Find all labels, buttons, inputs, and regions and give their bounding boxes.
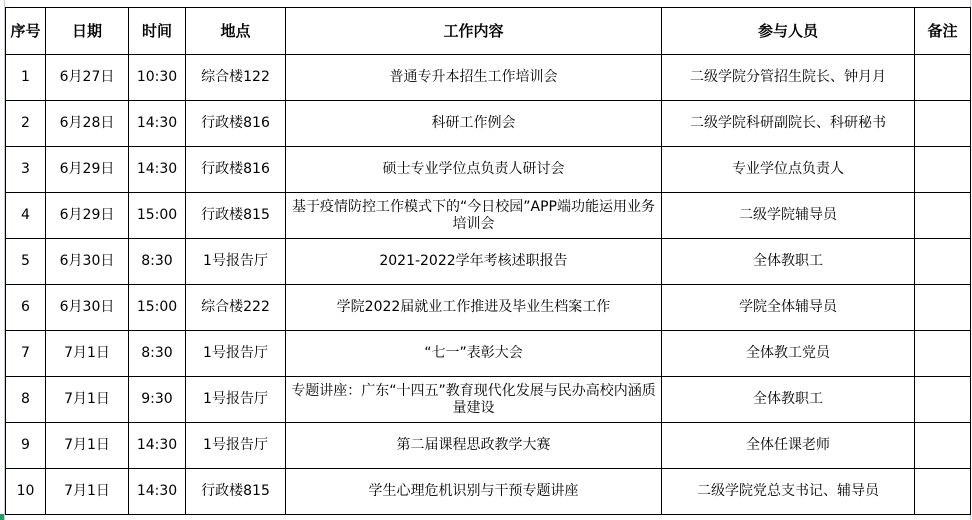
cell-no[interactable]: 5 xyxy=(6,239,46,285)
cell-time[interactable]: 14:30 xyxy=(129,147,186,193)
cell-no[interactable]: 7 xyxy=(6,331,46,377)
cell-time[interactable]: 9:30 xyxy=(129,377,186,423)
cell-participants[interactable]: 二级学院辅导员 xyxy=(662,193,915,239)
cell-content[interactable]: 专题讲座：广东“十四五”教育现代化发展与民办高校内涵质量建设 xyxy=(286,377,662,423)
table-row: 6 6月30日 15:00 综合楼222 学院2022届就业工作推进及毕业生档案… xyxy=(6,285,971,331)
cell-note[interactable] xyxy=(915,285,971,331)
cell-place[interactable]: 1号报告厅 xyxy=(186,331,286,377)
cell-date[interactable]: 7月1日 xyxy=(46,331,129,377)
header-no[interactable]: 序号 xyxy=(6,8,46,55)
cell-date[interactable]: 7月1日 xyxy=(46,469,129,515)
cell-note[interactable] xyxy=(915,101,971,147)
cell-no[interactable]: 8 xyxy=(6,377,46,423)
cell-note[interactable] xyxy=(915,377,971,423)
table-row: 4 6月29日 15:00 行政楼815 基于疫情防控工作模式下的“今日校园”A… xyxy=(6,193,971,239)
cell-participants[interactable]: 全体教职工 xyxy=(662,239,915,285)
cell-time[interactable]: 8:30 xyxy=(129,331,186,377)
cell-date[interactable]: 7月1日 xyxy=(46,377,129,423)
table-row: 1 6月27日 10:30 综合楼122 普通专升本招生工作培训会 二级学院分管… xyxy=(6,55,971,101)
cell-participants[interactable]: 全体任课老师 xyxy=(662,423,915,469)
header-content[interactable]: 工作内容 xyxy=(286,8,662,55)
cell-content[interactable]: 科研工作例会 xyxy=(286,101,662,147)
table-row: 5 6月30日 8:30 1号报告厅 2021-2022学年考核述职报告 全体教… xyxy=(6,239,971,285)
cell-content[interactable]: “七一”表彰大会 xyxy=(286,331,662,377)
cell-selection-marker xyxy=(0,514,4,520)
cell-content[interactable]: 学院2022届就业工作推进及毕业生档案工作 xyxy=(286,285,662,331)
cell-date[interactable]: 6月27日 xyxy=(46,55,129,101)
cell-place[interactable]: 1号报告厅 xyxy=(186,239,286,285)
cell-time[interactable]: 10:30 xyxy=(129,55,186,101)
cell-content[interactable]: 普通专升本招生工作培训会 xyxy=(286,55,662,101)
cell-content[interactable]: 学生心理危机识别与干预专题讲座 xyxy=(286,469,662,515)
table-row: 2 6月28日 14:30 行政楼816 科研工作例会 二级学院科研副院长、科研… xyxy=(6,101,971,147)
cell-place[interactable]: 1号报告厅 xyxy=(186,377,286,423)
cell-no[interactable]: 10 xyxy=(6,469,46,515)
cell-no[interactable]: 4 xyxy=(6,193,46,239)
cell-place[interactable]: 综合楼222 xyxy=(186,285,286,331)
cell-time[interactable]: 14:30 xyxy=(129,423,186,469)
cell-place[interactable]: 行政楼816 xyxy=(186,147,286,193)
cell-place[interactable]: 1号报告厅 xyxy=(186,423,286,469)
cell-date[interactable]: 6月30日 xyxy=(46,285,129,331)
cell-place[interactable]: 行政楼815 xyxy=(186,193,286,239)
cell-date[interactable]: 7月1日 xyxy=(46,423,129,469)
cell-no[interactable]: 6 xyxy=(6,285,46,331)
cell-note[interactable] xyxy=(915,331,971,377)
cell-content[interactable]: 第二届课程思政教学大赛 xyxy=(286,423,662,469)
cell-participants[interactable]: 二级学院科研副院长、科研秘书 xyxy=(662,101,915,147)
cell-time[interactable]: 8:30 xyxy=(129,239,186,285)
cell-participants[interactable]: 全体教职工 xyxy=(662,377,915,423)
cell-no[interactable]: 9 xyxy=(6,423,46,469)
header-time[interactable]: 时间 xyxy=(129,8,186,55)
table-row: 9 7月1日 14:30 1号报告厅 第二届课程思政教学大赛 全体任课老师 xyxy=(6,423,971,469)
cell-note[interactable] xyxy=(915,193,971,239)
header-date[interactable]: 日期 xyxy=(46,8,129,55)
header-row: 序号 日期 时间 地点 工作内容 参与人员 备注 xyxy=(6,8,971,55)
cell-place[interactable]: 综合楼122 xyxy=(186,55,286,101)
cell-content[interactable]: 2021-2022学年考核述职报告 xyxy=(286,239,662,285)
cell-note[interactable] xyxy=(915,423,971,469)
cell-note[interactable] xyxy=(915,55,971,101)
table-row: 7 7月1日 8:30 1号报告厅 “七一”表彰大会 全体教工党员 xyxy=(6,331,971,377)
table-row: 10 7月1日 14:30 行政楼815 学生心理危机识别与干预专题讲座 二级学… xyxy=(6,469,971,515)
cell-no[interactable]: 1 xyxy=(6,55,46,101)
cell-date[interactable]: 6月28日 xyxy=(46,101,129,147)
table-row: 8 7月1日 9:30 1号报告厅 专题讲座：广东“十四五”教育现代化发展与民办… xyxy=(6,377,971,423)
cell-time[interactable]: 15:00 xyxy=(129,285,186,331)
cell-place[interactable]: 行政楼815 xyxy=(186,469,286,515)
header-participants[interactable]: 参与人员 xyxy=(662,8,915,55)
cell-time[interactable]: 14:30 xyxy=(129,469,186,515)
cell-participants[interactable]: 全体教工党员 xyxy=(662,331,915,377)
cell-date[interactable]: 6月30日 xyxy=(46,239,129,285)
header-note[interactable]: 备注 xyxy=(915,8,971,55)
cell-participants[interactable]: 专业学位点负责人 xyxy=(662,147,915,193)
cell-content[interactable]: 基于疫情防控工作模式下的“今日校园”APP端功能运用业务培训会 xyxy=(286,193,662,239)
cell-note[interactable] xyxy=(915,239,971,285)
cell-participants[interactable]: 二级学院党总支书记、辅导员 xyxy=(662,469,915,515)
cell-note[interactable] xyxy=(915,469,971,515)
cell-place[interactable]: 行政楼816 xyxy=(186,101,286,147)
cell-note[interactable] xyxy=(915,147,971,193)
schedule-table: 序号 日期 时间 地点 工作内容 参与人员 备注 1 6月27日 10:30 综… xyxy=(5,7,971,515)
cell-date[interactable]: 6月29日 xyxy=(46,147,129,193)
cell-participants[interactable]: 二级学院分管招生院长、钟月月 xyxy=(662,55,915,101)
cell-no[interactable]: 3 xyxy=(6,147,46,193)
cell-content[interactable]: 硕士专业学位点负责人研讨会 xyxy=(286,147,662,193)
header-place[interactable]: 地点 xyxy=(186,8,286,55)
cell-time[interactable]: 14:30 xyxy=(129,101,186,147)
cell-participants[interactable]: 学院全体辅导员 xyxy=(662,285,915,331)
cell-date[interactable]: 6月29日 xyxy=(46,193,129,239)
table-row: 3 6月29日 14:30 行政楼816 硕士专业学位点负责人研讨会 专业学位点… xyxy=(6,147,971,193)
cell-no[interactable]: 2 xyxy=(6,101,46,147)
cell-time[interactable]: 15:00 xyxy=(129,193,186,239)
